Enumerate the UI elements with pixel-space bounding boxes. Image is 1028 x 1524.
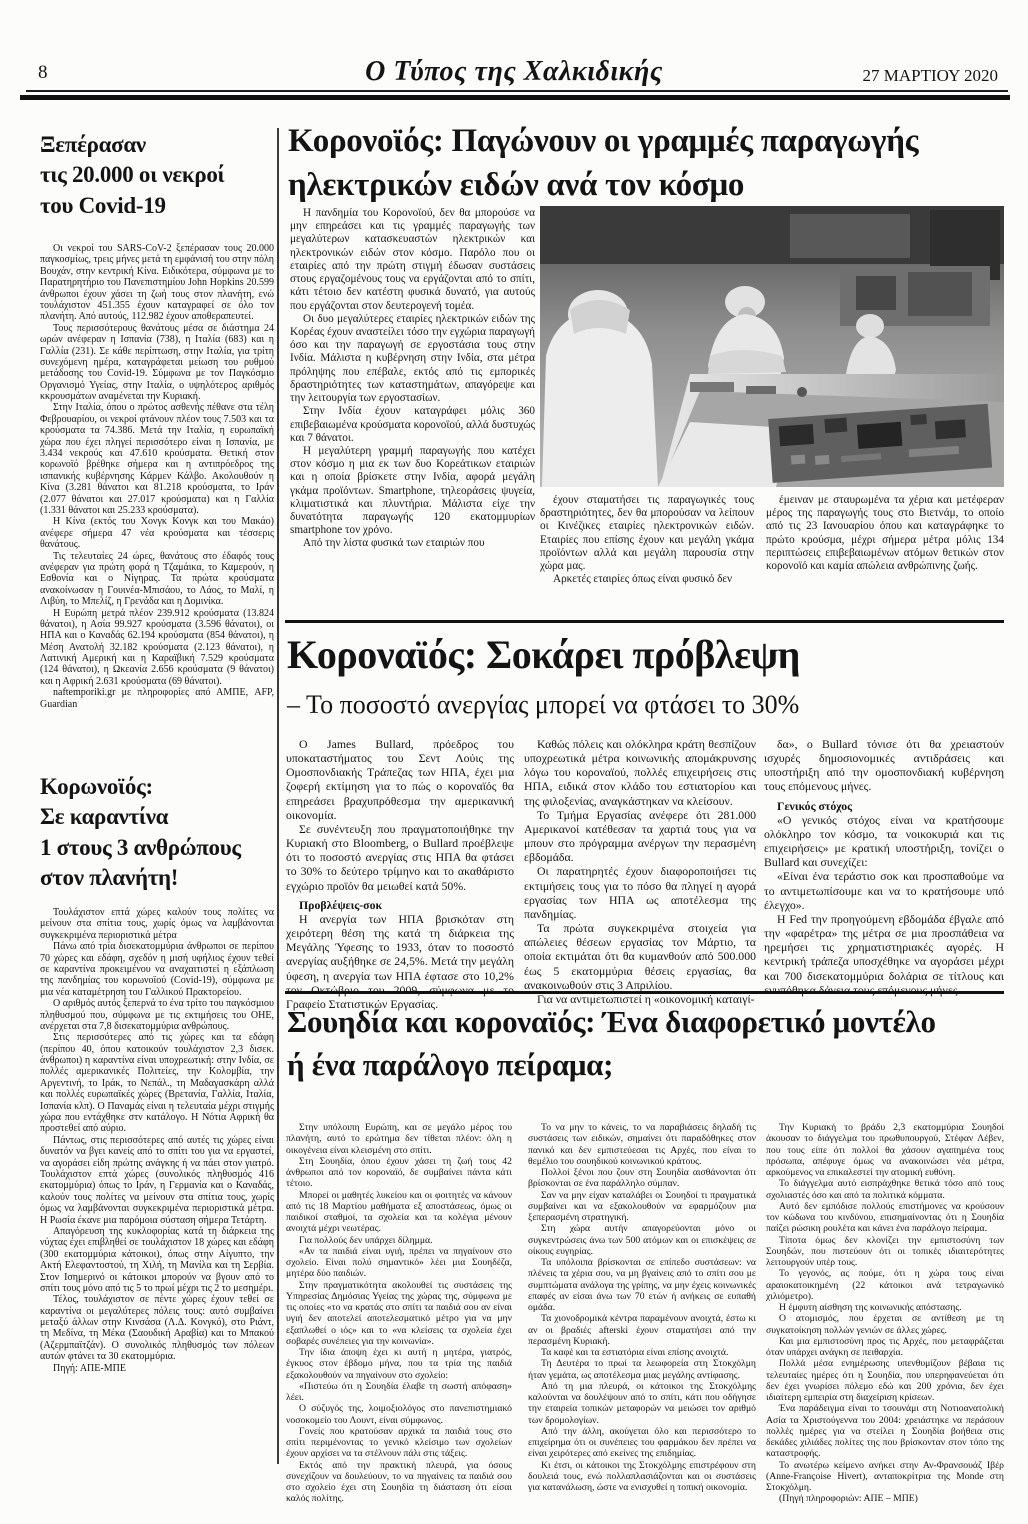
body-paragraph: Τίποτα όμως δεν κλονίζει την εμπιστοσύνη… <box>766 1235 1004 1269</box>
newspaper-page: 8 Ο Τύπος της Χαλκιδικής 27 ΜΑΡΤΙΟΥ 2020… <box>0 0 1028 1524</box>
body-paragraph: Πολλά μέσα ενημέρωσης υπενθυμίζουν βέβαι… <box>766 1358 1004 1403</box>
forecast-column-2: Καθώς πόλεις και ολόκληρα κράτη θεσπίζου… <box>524 737 756 1023</box>
body-paragraph: Σαν να μην είχαν καταλάβει οι Σουηδοί τι… <box>528 1190 756 1224</box>
body-paragraph: Κι έτσι, οι κάτοικοι της Στοκχόλμης επισ… <box>528 1460 756 1494</box>
body-paragraph: Το να μην το κάνεις, το να παραβιάσεις δ… <box>528 1122 756 1167</box>
body-paragraph: Το διάγγελμα αυτό εισπράχθηκε θετικά τόσ… <box>766 1178 1004 1201</box>
sweden-column-1: Στην υπόλοιπη Ευρώπη, και σε μεγάλο μέρο… <box>286 1122 512 1504</box>
production-column-2: έχουν σταματήσει τις παραγωγικές τους δρ… <box>540 494 754 618</box>
sidebar-quarantine-headline: Κορωνοϊός: Σε καραντίνα 1 στους 3 ανθρώπ… <box>40 772 274 893</box>
body-paragraph: έμειναν με σταυρωμένα τα χέρια και μετέφ… <box>766 494 1004 573</box>
body-paragraph: Στην Ινδία έχουν καταγράφει μόλις 360 επ… <box>290 405 535 445</box>
production-column-1: Η πανδημία του Κορονοϊού, δεν θα μπορούσ… <box>290 207 535 615</box>
body-paragraph: Το ανωτέρω κείμενο ανήκει στην Αν-Φρανσο… <box>766 1460 1004 1494</box>
subheading: Προβλέψεις-σοκ <box>286 898 514 912</box>
sidebar-deaths-headline: Ξεπέρασαν τις 20.000 οι νεκροί του Covid… <box>40 130 274 221</box>
production-headline: Κορονοϊός: Παγώνουν οι γραμμές παραγωγής… <box>288 120 1004 207</box>
body-paragraph: Στη χώρα αυτήν απαγορεύονται μόνο οι συγ… <box>528 1223 756 1257</box>
body-paragraph: Η Fed την προηγούμενη εβδομάδα έβγαλε απ… <box>764 912 1004 997</box>
body-paragraph: Από την λίστα φυσικά των εταιριών που <box>290 537 535 550</box>
forecast-column-3: δα», ο Bullard τόνισε ότι θα χρειαστούν … <box>764 737 1004 1023</box>
body-paragraph: Πηγή: ΑΠΕ-ΜΠΕ <box>40 1363 274 1374</box>
sweden-headline: Σουηδία και κοροναϊός: Ένα διαφορετικό μ… <box>287 1000 1004 1087</box>
body-paragraph: Οι παρατηρητές έχουν διαφοροποιήσει τις … <box>524 864 756 921</box>
body-paragraph: Στην πραγματικότητα ακολουθεί τις συστάσ… <box>286 1280 512 1348</box>
body-paragraph: «Αν τα παιδιά είναι υγιή, πρέπει να πηγα… <box>286 1246 512 1280</box>
body-paragraph: Στη Σουηδία, όπου έχουν χάσει τη ζωή του… <box>286 1156 512 1190</box>
body-paragraph: έχουν σταματήσει τις παραγωγικές τους δρ… <box>540 494 754 573</box>
body-paragraph: Αρκετές εταιρίες όπως είναι φυσικό δεν <box>540 573 754 586</box>
body-paragraph: Τα πρώτα συγκεκριμένα στοιχεία για απώλε… <box>524 921 756 992</box>
sweden-column-3: Την Κυριακή το βράδυ 2,3 εκατομμύρια Σου… <box>766 1122 1004 1504</box>
issue-date: 27 ΜΑΡΤΙΟΥ 2020 <box>863 66 998 86</box>
body-paragraph: Ο ατομισμός, που έρχεται σε αντίθεση με … <box>766 1313 1004 1336</box>
body-paragraph: Το γεγονός, ας πούμε, ότι η χώρα τους εί… <box>766 1268 1004 1302</box>
body-paragraph: Η έμφυτη αίσθηση της κοινωνικής απόσταση… <box>766 1302 1004 1313</box>
body-paragraph: Τη Δευτέρα το πρωί τα λεωφορεία στη Στοκ… <box>528 1358 756 1381</box>
body-paragraph: (Πηγή πληροφοριών: ΑΠΕ – ΜΠΕ) <box>766 1493 1004 1504</box>
sidebar-deaths-body: Οι νεκροί του SARS-CoV-2 ξεπέρασαν τους … <box>40 243 274 759</box>
header-rule-thin <box>26 90 1008 92</box>
body-paragraph: Στις περισσότερες από τις χώρες και τα ε… <box>40 1032 274 1135</box>
body-paragraph: Από την άλλη, ακούγεται όλο και περισσότ… <box>528 1426 756 1460</box>
body-paragraph: Την Κυριακή το βράδυ 2,3 εκατομμύρια Σου… <box>766 1122 1004 1178</box>
body-paragraph: Τα χιονοδρομικά κέντρα παραμένουν ανοιχτ… <box>528 1313 756 1347</box>
body-paragraph: Οι νεκροί του SARS-CoV-2 ξεπέρασαν τους … <box>40 243 274 323</box>
body-paragraph: Τα καφέ και τα εστιατόρια είναι επίσης α… <box>528 1347 756 1358</box>
body-paragraph: Σε συνέντευξη που πραγματοποιήθηκε την Κ… <box>286 822 514 893</box>
body-paragraph: Οι δυο μεγαλύτερες εταιρίες ηλεκτρικών ε… <box>290 313 535 406</box>
body-paragraph: «Πιστεύω ότι η Σουηδία έλαβε τη σωστή απ… <box>286 1381 512 1404</box>
body-paragraph: Μπορεί οι μαθητές λυκείου και οι φοιτητέ… <box>286 1190 512 1235</box>
body-paragraph: Η Κίνα (εκτός του Χονγκ Κονγκ και του Μα… <box>40 516 274 550</box>
body-paragraph: Πολλοί ξένοι που ζουν στη Σουηδία αισθάν… <box>528 1167 756 1190</box>
body-paragraph: Εκτός από την πρακτική πλευρά, για όσους… <box>286 1460 512 1505</box>
factory-photo-illustration <box>540 206 1004 487</box>
body-paragraph: Στην Ιταλία, όπου ο πρώτος ασθενής πέθαν… <box>40 402 274 516</box>
column-divider <box>277 128 279 1464</box>
body-paragraph: Πάνω από τρία δισεκατομμύρια άνθρωποι σε… <box>40 941 274 998</box>
body-paragraph: Η μεγαλύτερη γραμμή παραγωγής που κατέχε… <box>290 445 535 538</box>
body-paragraph: Για πολλούς δεν υπάρχει δίλημμα. <box>286 1235 512 1246</box>
body-paragraph: Η πανδημία του Κορονοϊού, δεν θα μπορούσ… <box>290 207 535 313</box>
sweden-column-2: Το να μην το κάνεις, το να παραβιάσεις δ… <box>528 1122 756 1504</box>
body-paragraph: Τέλος, τουλάχιστον σε πέντε χώρες έχουν … <box>40 1294 274 1362</box>
factory-photo <box>540 206 1004 487</box>
body-paragraph: Στην υπόλοιπη Ευρώπη, και σε μεγάλο μέρο… <box>286 1122 512 1156</box>
body-paragraph: Γονείς που κρατούσαν αρχικά τα παιδιά το… <box>286 1426 512 1460</box>
body-paragraph: Ο αριθμός αυτός ξεπερνά το ένα τρίτο του… <box>40 998 274 1032</box>
body-paragraph: Το Τμήμα Εργασίας ανέφερε ότι 281.000 Αμ… <box>524 808 756 865</box>
body-paragraph: Τουλάχιστον επτά χώρες καλούν τους πολίτ… <box>40 907 274 941</box>
body-paragraph: Και μια εμπιστοσύνη προς τις Αρχές, που … <box>766 1336 1004 1359</box>
body-paragraph: «Ο γενικός στόχος είναι να κρατήσουμε ολ… <box>764 813 1004 870</box>
body-paragraph: Ο σύζυγός της, λοιμοξιολόγος στο πανεπισ… <box>286 1403 512 1426</box>
header-rule-thick <box>20 95 1010 100</box>
sidebar-quarantine-body: Τουλάχιστον επτά χώρες καλούν τους πολίτ… <box>40 907 274 1464</box>
subheading: Γενικός στόχος <box>764 799 1004 813</box>
body-paragraph: δα», ο Bullard τόνισε ότι θα χρειαστούν … <box>764 737 1004 794</box>
section-rule-1 <box>285 620 1004 623</box>
body-paragraph: Την ίδια άποψη έχει κι αυτή η μητέρα, γι… <box>286 1347 512 1381</box>
body-paragraph: Ο James Bullard, πρόεδρος του υποκαταστή… <box>286 737 514 822</box>
forecast-column-1: Ο James Bullard, πρόεδρος του υποκαταστή… <box>286 737 514 1023</box>
body-paragraph: Από τη μια πλευρά, οι κάτοικοι της Στοκχ… <box>528 1381 756 1426</box>
body-paragraph: Τους περισσότερους θανάτους μέσα σε διάσ… <box>40 323 274 403</box>
section-rule-2 <box>285 991 1004 994</box>
body-paragraph: Τις τελευταίες 24 ώρες, θανάτους στο έδα… <box>40 551 274 608</box>
production-column-3: έμειναν με σταυρωμένα τα χέρια και μετέφ… <box>766 494 1004 618</box>
body-paragraph: «Είναι ένα τεράστιο σοκ και προσπαθούμε … <box>764 869 1004 911</box>
body-paragraph: Η Ευρώπη μετρά πλέον 239.912 κρούσματα (… <box>40 608 274 688</box>
body-paragraph: Απαγόρευση της κυκλοφορίας κατά τη διάρκ… <box>40 1226 274 1294</box>
body-paragraph: Τα υπόλοιπα βρίσκονται σε επίπεδο συστάσ… <box>528 1257 756 1313</box>
body-paragraph: Αυτό δεν εμπόδισε πολλούς επιστήμονες να… <box>766 1201 1004 1235</box>
body-paragraph: Η ανεργία των ΗΠΑ βρισκόταν στη χειρότερ… <box>286 912 514 1011</box>
forecast-subtitle: – Το ποσοστό ανεργίας μπορεί να φτάσει τ… <box>287 689 1004 720</box>
body-paragraph: Πάντως, στις περισσότερες από αυτές τις … <box>40 1135 274 1226</box>
body-paragraph: Καθώς πόλεις και ολόκληρα κράτη θεσπίζου… <box>524 737 756 808</box>
forecast-headline: Κοροναϊός: Σοκάρει πρόβλεψη <box>287 633 1004 677</box>
body-paragraph: naftemporiki.gr με πληροφορίες από ΑΜΠΕ,… <box>40 687 274 710</box>
body-paragraph: Ένα παράδειγμα είναι το τσουνάμι στη Νοτ… <box>766 1403 1004 1459</box>
